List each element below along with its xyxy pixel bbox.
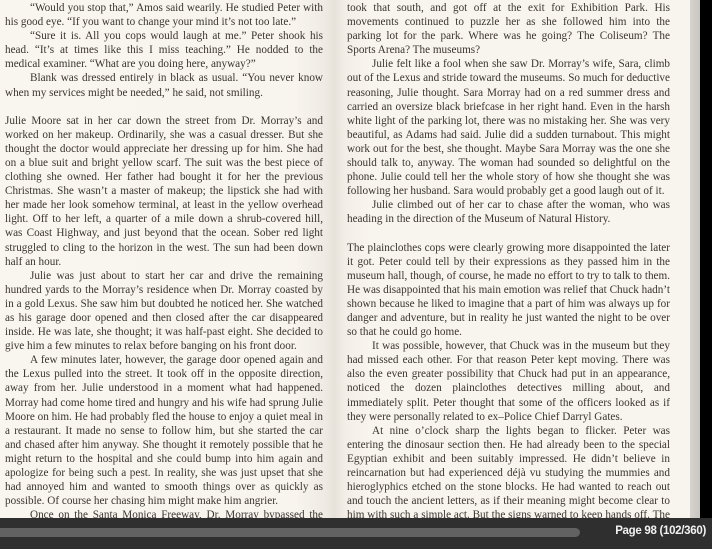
paragraph: A few minutes later, however, the garage…: [5, 353, 323, 508]
reader-viewport: “Would you stop that,” Amos said wearily…: [0, 0, 712, 518]
page-stack-edge: [690, 0, 700, 518]
paragraph: “Would you stop that,” Amos said wearily…: [5, 1, 323, 29]
reading-progress-slider[interactable]: [0, 528, 580, 537]
paragraph: Julie was just about to start her car an…: [5, 269, 323, 354]
page-indicator: Page 98 (102/360): [615, 525, 706, 537]
paragraph: took that south, and got off at the exit…: [347, 1, 670, 57]
left-page[interactable]: “Would you stop that,” Amos said wearily…: [0, 0, 335, 518]
reader-status-bar: Page 98 (102/360): [0, 518, 712, 549]
paragraph: Julie felt like a fool when she saw Dr. …: [347, 57, 670, 198]
paragraph: Blank was dressed entirely in black as u…: [5, 71, 323, 99]
paragraph: “Sure it is. All you cops would laugh at…: [5, 29, 323, 71]
paragraph: Julie Moore sat in her car down the stre…: [5, 114, 323, 269]
page-spread: “Would you stop that,” Amos said wearily…: [0, 0, 700, 518]
paragraph: It was possible, however, that Chuck was…: [347, 339, 670, 424]
paragraph: Julie climbed out of her car to chase af…: [347, 198, 670, 226]
right-page[interactable]: took that south, and got off at the exit…: [335, 0, 690, 518]
paragraph: The plainclothes cops were clearly growi…: [347, 241, 670, 340]
